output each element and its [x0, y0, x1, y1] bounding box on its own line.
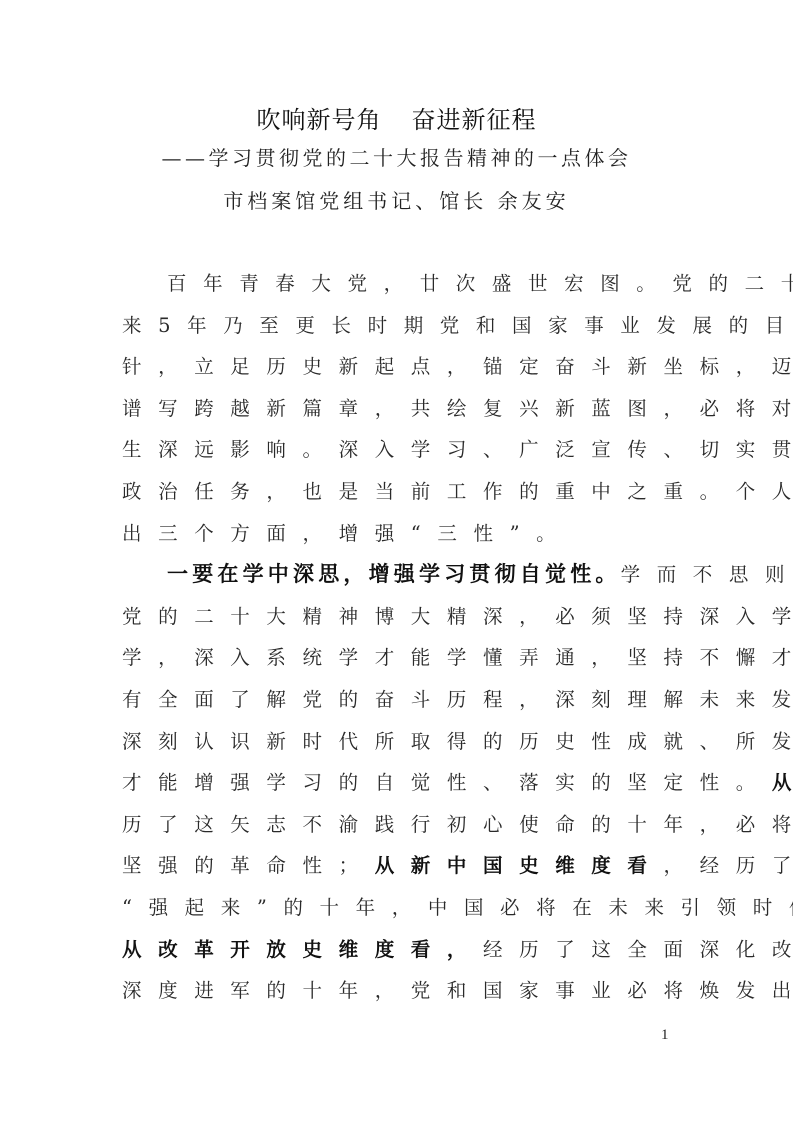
- text-segment: ，经历了这滚石上山走向: [664, 854, 793, 877]
- text-segment: 党的二十大精神博大精深，必须坚持深入学、持久学、刻苦: [122, 605, 793, 628]
- text-line: 有全面了解党的奋斗历程，深刻理解未来发展蓝图，特别是: [122, 679, 682, 721]
- document-body: 百年青春大党，廿次盛世宏图。党的二十大科学谋划未来5年乃至更长时期党和国家事业发…: [122, 263, 682, 1012]
- text-segment: 历了这矢志不渝践行初心使命的十年，必将在未来锻造更加: [122, 813, 793, 836]
- page-number: 1: [661, 1027, 669, 1044]
- document-subtitle: ——学习贯彻党的二十大报告精神的一点体会: [0, 144, 793, 172]
- text-segment: 百年青春大党，廿次盛世宏图。党的二十大科学谋划未: [167, 272, 793, 295]
- text-line: 一要在学中深思，增强学习贯彻自觉性。学而不思则罔。: [122, 554, 682, 596]
- text-segment: 学，深入系统学才能学懂弄通，坚持不懈才能有所收获。只: [122, 646, 793, 669]
- bold-phrase: 从新中国史维度看: [375, 854, 664, 877]
- text-line: 谱写跨越新篇章，共绘复兴新蓝图，必将对中国乃至世界产: [122, 388, 682, 430]
- text-line: 才能增强学习的自觉性、落实的坚定性。从党史维度看，经: [122, 762, 682, 804]
- text-segment: 来5年乃至更长时期党和国家事业发展的目标任务与大政方: [122, 314, 793, 337]
- text-line: 历了这矢志不渝践行初心使命的十年，必将在未来锻造更加: [122, 804, 682, 846]
- document-author: 市档案馆党组书记、馆长 余友安: [0, 187, 793, 215]
- text-segment: 经历了这全面深化改革不断向广度和: [483, 938, 793, 961]
- text-segment: 坚强的革命性；: [122, 854, 375, 877]
- text-segment: 学而不思则罔。: [621, 563, 793, 586]
- document-page: 吹响新号角奋进新征程 ——学习贯彻党的二十大报告精神的一点体会 市档案馆党组书记…: [0, 0, 793, 1122]
- text-line: 党的二十大精神博大精深，必须坚持深入学、持久学、刻苦: [122, 596, 682, 638]
- text-line: 学，深入系统学才能学懂弄通，坚持不懈才能有所收获。只: [122, 637, 682, 679]
- text-line: 来5年乃至更长时期党和国家事业发展的目标任务与大政方: [122, 305, 682, 347]
- text-line: 生深远影响。深入学习、广泛宣传、切实贯彻，是一项重要: [122, 429, 682, 471]
- text-line: 政治任务，也是当前工作的重中之重。个人认为，重点应突: [122, 471, 682, 513]
- text-segment: 有全面了解党的奋斗历程，深刻理解未来发展蓝图，特别是: [122, 688, 793, 711]
- text-line: 深度进军的十年，党和国家事业必将焕发出新的生机活力；: [122, 970, 682, 1012]
- text-segment: “强起来”的十年，中国必将在未来引领时代的伟大跨越；: [122, 896, 793, 919]
- document-title: 吹响新号角奋进新征程: [0, 105, 793, 135]
- text-line: 出三个方面，增强“三性”。: [122, 513, 682, 555]
- text-segment: 生深远影响。深入学习、广泛宣传、切实贯彻，是一项重要: [122, 438, 793, 461]
- text-segment: 深度进军的十年，党和国家事业必将焕发出新的生机活力；: [122, 979, 793, 1002]
- text-line: 从改革开放史维度看，经历了这全面深化改革不断向广度和: [122, 929, 682, 971]
- text-line: 坚强的革命性；从新中国史维度看，经历了这滚石上山走向: [122, 845, 682, 887]
- section-heading: 一要在学中深思，增强学习贯彻自觉性。: [167, 562, 621, 586]
- text-segment: 政治任务，也是当前工作的重中之重。个人认为，重点应突: [122, 480, 793, 503]
- text-segment: 深刻认识新时代所取得的历史性成就、所发生的历史性变革，: [122, 730, 793, 753]
- text-segment: 针，立足历史新起点，锚定奋斗新坐标，迈上时代新征程，: [122, 355, 793, 378]
- bold-phrase: 从改革开放史维度看，: [122, 938, 483, 961]
- text-line: 深刻认识新时代所取得的历史性成就、所发生的历史性变革，: [122, 721, 682, 763]
- title-part-2: 奋进新征程: [412, 106, 537, 134]
- text-segment: 出三个方面，增强“三性”。: [122, 522, 572, 545]
- text-segment: 才能增强学习的自觉性、落实的坚定性。: [122, 771, 772, 794]
- text-segment: 谱写跨越新篇章，共绘复兴新蓝图，必将对中国乃至世界产: [122, 397, 793, 420]
- text-line: 百年青春大党，廿次盛世宏图。党的二十大科学谋划未: [122, 263, 682, 305]
- text-line: “强起来”的十年，中国必将在未来引领时代的伟大跨越；: [122, 887, 682, 929]
- bold-phrase: 从党史维度看，: [772, 771, 793, 794]
- text-line: 针，立足历史新起点，锚定奋斗新坐标，迈上时代新征程，: [122, 346, 682, 388]
- title-part-1: 吹响新号角: [257, 106, 382, 134]
